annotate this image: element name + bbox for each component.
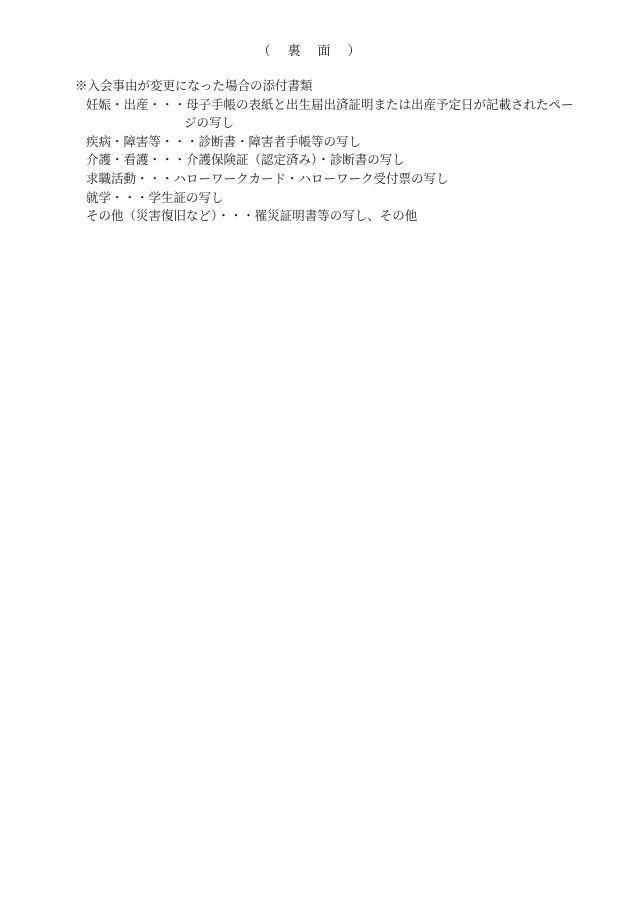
list-item-pregnancy-birth-continuation: ジの写し [184, 114, 574, 133]
list-item-schooling: 就学・・・学生証の写し [86, 189, 574, 208]
attachment-documents-section: ※入会事由が変更になった場合の添付書類 妊娠・出産・・・母子手帳の表紙と出生届出… [75, 77, 574, 226]
list-item-illness-disability: 疾病・障害等・・・診断書・障害者手帳等の写し [86, 133, 574, 152]
list-item-pregnancy-birth: 妊娠・出産・・・母子手帳の表紙と出生届出済証明または出産予定日が記載されたペー [86, 96, 574, 115]
section-heading: ※入会事由が変更になった場合の添付書類 [75, 77, 574, 96]
list-item-other: その他（災害復旧など）・・・罹災証明書等の写し、その他 [86, 207, 574, 226]
list-item-job-seeking: 求職活動・・・ハローワークカード・ハローワーク受付票の写し [86, 170, 574, 189]
list-item-nursing-care: 介護・看護・・・介護保険証（認定済み）・診断書の写し [86, 151, 574, 170]
page-title: （ 裏 面 ） [0, 40, 620, 59]
document-page: （ 裏 面 ） ※入会事由が変更になった場合の添付書類 妊娠・出産・・・母子手帳… [0, 0, 630, 903]
